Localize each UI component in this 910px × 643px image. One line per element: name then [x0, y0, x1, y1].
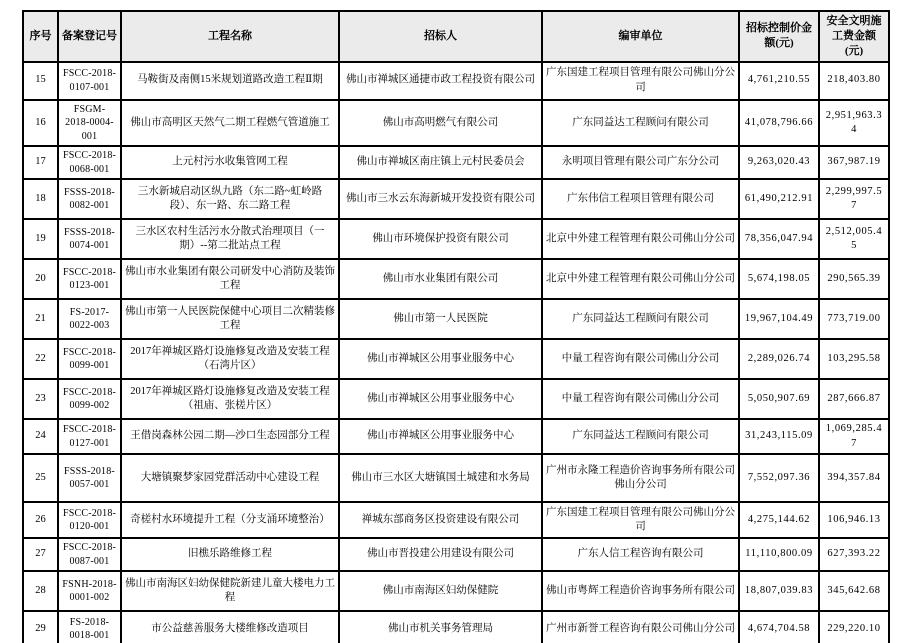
- table-row: 16 FSGM-2018-0004-001 佛山市高明区天然气二期工程燃气管道施…: [23, 100, 889, 147]
- cell-reviewer: 广东同益达工程顾问有限公司: [542, 299, 739, 339]
- cell-control-price: 18,807,039.83: [739, 571, 819, 611]
- cell-safety-fee: 345,642.68: [819, 571, 889, 611]
- cell-serial: 17: [23, 146, 58, 179]
- cell-reg-no: FSCC-2018-0087-001: [58, 538, 121, 571]
- cell-serial: 29: [23, 611, 58, 643]
- cell-safety-fee: 773,719.00: [819, 299, 889, 339]
- cell-reviewer: 广东伟信工程项目管理有限公司: [542, 179, 739, 219]
- cell-reg-no: FSGM-2018-0004-001: [58, 100, 121, 147]
- cell-reviewer: 广州市永隆工程造价咨询事务所有限公司 佛山分公司: [542, 454, 739, 502]
- cell-tenderer: 佛山市禅城区通捷市政工程投资有限公司: [339, 62, 542, 100]
- cell-tenderer: 佛山市机关事务管理局: [339, 611, 542, 643]
- cell-reg-no: FS-2018-0018-001: [58, 611, 121, 643]
- cell-reg-no: FSCC-2018-0107-001: [58, 62, 121, 100]
- cell-safety-fee: 229,220.10: [819, 611, 889, 643]
- cell-tenderer: 佛山市晋投建公用建设有限公司: [339, 538, 542, 571]
- cell-project-name: 三水区农村生活污水分散式治理项目（一期）--第二批站点工程: [121, 219, 339, 259]
- table-row: 18 FSSS-2018-0082-001 三水新城启动区纵九路（东二路~虹岭路…: [23, 179, 889, 219]
- cell-reg-no: FSCC-2018-0127-001: [58, 419, 121, 454]
- cell-safety-fee: 106,946.13: [819, 502, 889, 538]
- cell-control-price: 19,967,104.49: [739, 299, 819, 339]
- cell-reg-no: FSNH-2018-0001-002: [58, 571, 121, 611]
- cell-project-name: 佛山市水业集团有限公司研发中心消防及装饰工程: [121, 259, 339, 299]
- cell-tenderer: 佛山市水业集团有限公司: [339, 259, 542, 299]
- cell-reg-no: FSSS-2018-0074-001: [58, 219, 121, 259]
- cell-reg-no: FSCC-2018-0099-002: [58, 379, 121, 419]
- cell-serial: 18: [23, 179, 58, 219]
- cell-serial: 23: [23, 379, 58, 419]
- cell-control-price: 4,674,704.58: [739, 611, 819, 643]
- cell-tenderer: 佛山市三水区大塘镇国土城建和水务局: [339, 454, 542, 502]
- cell-tenderer: 佛山市第一人民医院: [339, 299, 542, 339]
- table-row: 20 FSCC-2018-0123-001 佛山市水业集团有限公司研发中心消防及…: [23, 259, 889, 299]
- table-row: 27 FSCC-2018-0087-001 旧樵乐路维修工程 佛山市晋投建公用建…: [23, 538, 889, 571]
- cell-reg-no: FSCC-2018-0068-001: [58, 146, 121, 179]
- col-header-serial: 序号: [23, 11, 58, 62]
- document-page: 序号 备案登记号 工程名称 招标人 编审单位 招标控制价金额(元) 安全文明施工…: [0, 0, 910, 643]
- col-header-tenderer: 招标人: [339, 11, 542, 62]
- cell-project-name: 佛山市高明区天然气二期工程燃气管道施工: [121, 100, 339, 147]
- cell-control-price: 9,263,020.43: [739, 146, 819, 179]
- cell-reviewer: 中量工程咨询有限公司佛山分公司: [542, 379, 739, 419]
- table-row: 26 FSCC-2018-0120-001 奇槎村水环境提升工程（分支涌环境整治…: [23, 502, 889, 538]
- cell-reviewer: 北京中外建工程管理有限公司佛山分公司: [542, 259, 739, 299]
- cell-control-price: 78,356,047.94: [739, 219, 819, 259]
- cell-project-name: 王借岗森林公园二期—沙口生态园部分工程: [121, 419, 339, 454]
- cell-safety-fee: 1,069,285.47: [819, 419, 889, 454]
- cell-tenderer: 佛山市高明燃气有限公司: [339, 100, 542, 147]
- cell-reviewer: 广东同益达工程顾问有限公司: [542, 419, 739, 454]
- cell-reviewer: 中量工程咨询有限公司佛山分公司: [542, 339, 739, 379]
- cell-reviewer: 广东同益达工程顾问有限公司: [542, 100, 739, 147]
- col-header-reg-no: 备案登记号: [58, 11, 121, 62]
- cell-control-price: 5,674,198.05: [739, 259, 819, 299]
- cell-tenderer: 佛山市禅城区公用事业服务中心: [339, 379, 542, 419]
- cell-reviewer: 广东国建工程项目管理有限公司佛山分公司: [542, 502, 739, 538]
- cell-reg-no: FSCC-2018-0123-001: [58, 259, 121, 299]
- cell-control-price: 61,490,212.91: [739, 179, 819, 219]
- cell-safety-fee: 2,299,997.57: [819, 179, 889, 219]
- cell-control-price: 41,078,796.66: [739, 100, 819, 147]
- cell-tenderer: 禅城东部商务区投资建设有限公司: [339, 502, 542, 538]
- cell-serial: 25: [23, 454, 58, 502]
- cell-serial: 21: [23, 299, 58, 339]
- cell-reg-no: FSSS-2018-0082-001: [58, 179, 121, 219]
- cell-safety-fee: 627,393.22: [819, 538, 889, 571]
- cell-project-name: 2017年禅城区路灯设施修复改造及安装工程（祖庙、张槎片区）: [121, 379, 339, 419]
- cell-safety-fee: 2,512,005.45: [819, 219, 889, 259]
- table-row: 19 FSSS-2018-0074-001 三水区农村生活污水分散式治理项目（一…: [23, 219, 889, 259]
- cell-control-price: 4,761,210.55: [739, 62, 819, 100]
- cell-project-name: 佛山市南海区妇幼保健院新建儿童大楼电力工程: [121, 571, 339, 611]
- cell-serial: 16: [23, 100, 58, 147]
- cell-project-name: 大塘镇聚梦家园党群活动中心建设工程: [121, 454, 339, 502]
- table-row: 29 FS-2018-0018-001 市公益慈善服务大楼维修改造项目 佛山市机…: [23, 611, 889, 643]
- cell-serial: 27: [23, 538, 58, 571]
- cell-reviewer: 广州市新誉工程咨询有限公司佛山分公司: [542, 611, 739, 643]
- col-header-reviewer: 编审单位: [542, 11, 739, 62]
- cell-reviewer: 广东人信工程咨询有限公司: [542, 538, 739, 571]
- cell-tenderer: 佛山市三水云东海新城开发投资有限公司: [339, 179, 542, 219]
- cell-control-price: 2,289,026.74: [739, 339, 819, 379]
- cell-project-name: 三水新城启动区纵九路（东二路~虹岭路段）、东一路、东二路工程: [121, 179, 339, 219]
- cell-safety-fee: 218,403.80: [819, 62, 889, 100]
- cell-serial: 28: [23, 571, 58, 611]
- cell-control-price: 7,552,097.36: [739, 454, 819, 502]
- cell-safety-fee: 287,666.87: [819, 379, 889, 419]
- table-row: 28 FSNH-2018-0001-002 佛山市南海区妇幼保健院新建儿童大楼电…: [23, 571, 889, 611]
- cell-serial: 22: [23, 339, 58, 379]
- cell-safety-fee: 2,951,963.34: [819, 100, 889, 147]
- cell-tenderer: 佛山市南海区妇幼保健院: [339, 571, 542, 611]
- cell-reviewer: 永明项目管理有限公司广东分公司: [542, 146, 739, 179]
- cell-reviewer: 北京中外建工程管理有限公司佛山分公司: [542, 219, 739, 259]
- cell-safety-fee: 103,295.58: [819, 339, 889, 379]
- cell-serial: 15: [23, 62, 58, 100]
- cell-reviewer: 佛山市粤辉工程造价咨询事务所有限公司: [542, 571, 739, 611]
- cell-project-name: 佛山市第一人民医院保健中心项目二次精装修工程: [121, 299, 339, 339]
- cell-reviewer: 广东国建工程项目管理有限公司佛山分公司: [542, 62, 739, 100]
- cell-tenderer: 佛山市环境保护投资有限公司: [339, 219, 542, 259]
- cell-tenderer: 佛山市禅城区南庄镇上元村民委员会: [339, 146, 542, 179]
- cell-project-name: 市公益慈善服务大楼维修改造项目: [121, 611, 339, 643]
- table-row: 21 FS-2017-0022-003 佛山市第一人民医院保健中心项目二次精装修…: [23, 299, 889, 339]
- cell-project-name: 上元村污水收集管网工程: [121, 146, 339, 179]
- cell-reg-no: FS-2017-0022-003: [58, 299, 121, 339]
- cell-control-price: 5,050,907.69: [739, 379, 819, 419]
- header-row: 序号 备案登记号 工程名称 招标人 编审单位 招标控制价金额(元) 安全文明施工…: [23, 11, 889, 62]
- cell-project-name: 旧樵乐路维修工程: [121, 538, 339, 571]
- table-row: 17 FSCC-2018-0068-001 上元村污水收集管网工程 佛山市禅城区…: [23, 146, 889, 179]
- table-row: 22 FSCC-2018-0099-001 2017年禅城区路灯设施修复改造及安…: [23, 339, 889, 379]
- table-row: 24 FSCC-2018-0127-001 王借岗森林公园二期—沙口生态园部分工…: [23, 419, 889, 454]
- table-row: 15 FSCC-2018-0107-001 马鞍街及南侧15米规划道路改造工程Ⅱ…: [23, 62, 889, 100]
- col-header-project: 工程名称: [121, 11, 339, 62]
- cell-control-price: 11,110,800.09: [739, 538, 819, 571]
- cell-serial: 24: [23, 419, 58, 454]
- cell-safety-fee: 367,987.19: [819, 146, 889, 179]
- cell-tenderer: 佛山市禅城区公用事业服务中心: [339, 339, 542, 379]
- cell-serial: 20: [23, 259, 58, 299]
- table-row: 23 FSCC-2018-0099-002 2017年禅城区路灯设施修复改造及安…: [23, 379, 889, 419]
- cell-tenderer: 佛山市禅城区公用事业服务中心: [339, 419, 542, 454]
- cell-control-price: 4,275,144.62: [739, 502, 819, 538]
- cell-reg-no: FSCC-2018-0099-001: [58, 339, 121, 379]
- cell-safety-fee: 290,565.39: [819, 259, 889, 299]
- tender-review-table: 序号 备案登记号 工程名称 招标人 编审单位 招标控制价金额(元) 安全文明施工…: [22, 10, 890, 643]
- cell-serial: 19: [23, 219, 58, 259]
- table-row: 25 FSSS-2018-0057-001 大塘镇聚梦家园党群活动中心建设工程 …: [23, 454, 889, 502]
- cell-project-name: 奇槎村水环境提升工程（分支涌环境整治）: [121, 502, 339, 538]
- col-header-safety-fee: 安全文明施工费金额(元): [819, 11, 889, 62]
- cell-control-price: 31,243,115.09: [739, 419, 819, 454]
- cell-serial: 26: [23, 502, 58, 538]
- cell-project-name: 马鞍街及南侧15米规划道路改造工程Ⅱ期: [121, 62, 339, 100]
- cell-project-name: 2017年禅城区路灯设施修复改造及安装工程（石湾片区）: [121, 339, 339, 379]
- cell-reg-no: FSSS-2018-0057-001: [58, 454, 121, 502]
- cell-reg-no: FSCC-2018-0120-001: [58, 502, 121, 538]
- col-header-control-price: 招标控制价金额(元): [739, 11, 819, 62]
- cell-safety-fee: 394,357.84: [819, 454, 889, 502]
